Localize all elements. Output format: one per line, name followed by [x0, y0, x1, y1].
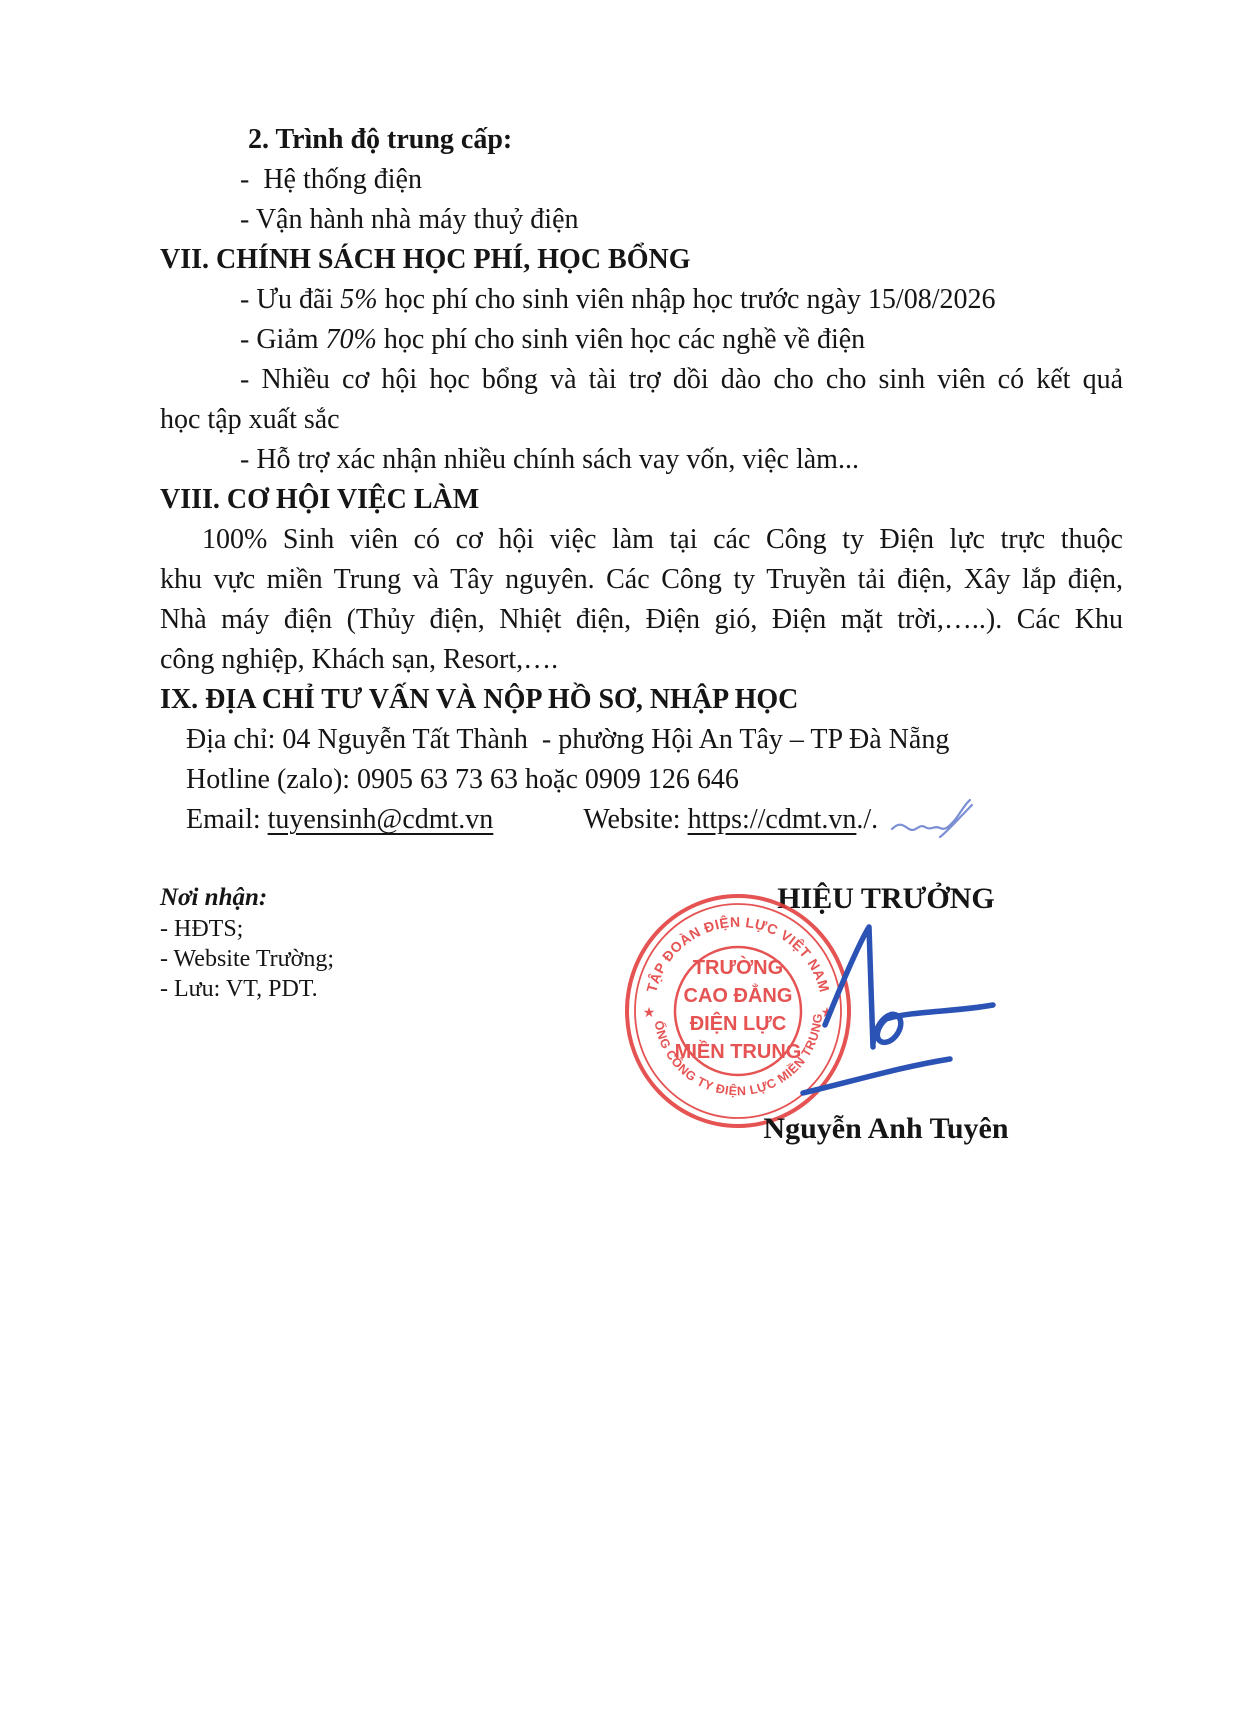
- line-email-website: Email: tuyensinh@cdmt.vnWebsite: https:/…: [160, 800, 1123, 840]
- bullet-van-hanh-thuy-dien: - Vận hành nhà máy thuỷ điện: [160, 200, 1123, 240]
- email-link[interactable]: tuyensinh@cdmt.vn: [268, 804, 494, 835]
- stamp-star-left-icon: ★: [643, 1004, 656, 1020]
- signature-stroke-bottom: [803, 1059, 950, 1093]
- signature-ink: [770, 915, 1020, 1100]
- signatory-name: Nguyễn Anh Tuyên: [660, 1112, 1112, 1146]
- heading-viii-co-hoi-viec-lam: VIII. CƠ HỘI VIỆC LÀM: [160, 480, 1123, 520]
- line-address: Địa chỉ: 04 Nguyễn Tất Thành - phường Hộ…: [160, 720, 1123, 760]
- uu-dai-percent: 5%: [340, 284, 377, 315]
- signature-stroke-loop: [873, 1005, 993, 1043]
- giam-post: học phí cho sinh viên học các nghề về đi…: [377, 324, 865, 355]
- website-suffix: ./.: [856, 804, 878, 835]
- recipient-item-luu: - Lưu: VT, PDT.: [160, 974, 334, 1004]
- bullet-uu-dai-hoc-phi: - Ưu đãi 5% học phí cho sinh viên nhập h…: [160, 280, 1123, 320]
- signature-stroke-a: [825, 927, 873, 1047]
- document-body: 2. Trình độ trung cấp: - Hệ thống điện -…: [160, 120, 1123, 840]
- document-page: 2. Trình độ trung cấp: - Hệ thống điện -…: [0, 0, 1241, 1725]
- line-hoc-tap-xuat-sac: học tập xuất sắc: [160, 400, 1123, 440]
- website-scribble-ink: [888, 795, 978, 845]
- heading-trinh-do-trung-cap: 2. Trình độ trung cấp:: [160, 120, 1123, 160]
- heading-vii-chinh-sach: VII. CHÍNH SÁCH HỌC PHÍ, HỌC BỔNG: [160, 240, 1123, 280]
- uu-dai-pre: - Ưu đãi: [240, 284, 340, 315]
- para-viec-lam-line4: công nghiệp, Khách sạn, Resort,….: [160, 640, 1123, 680]
- recipients-block: Nơi nhận: - HĐTS; - Website Trường; - Lư…: [160, 882, 334, 1004]
- website-link[interactable]: https://cdmt.vn: [688, 804, 857, 835]
- heading-ix-dia-chi: IX. ĐỊA CHỈ TƯ VẤN VÀ NỘP HỒ SƠ, NHẬP HỌ…: [160, 680, 1123, 720]
- para-viec-lam-line2: khu vực miền Trung và Tây nguyên. Các Cô…: [160, 560, 1123, 600]
- line-hotline: Hotline (zalo): 0905 63 73 63 hoặc 0909 …: [160, 760, 1123, 800]
- recipient-item-website: - Website Trường;: [160, 944, 334, 974]
- website-label: Website:: [583, 804, 687, 835]
- line-nhieu-co-hoi: - Nhiều cơ hội học bổng và tài trợ dồi d…: [160, 360, 1123, 400]
- bullet-he-thong-dien: - Hệ thống điện: [160, 160, 1123, 200]
- bullet-ho-tro-xac-nhan: - Hỗ trợ xác nhận nhiều chính sách vay v…: [160, 440, 1123, 480]
- scribble-stroke: [892, 800, 972, 837]
- giam-pre: - Giảm: [240, 324, 326, 355]
- email-label: Email:: [186, 804, 268, 835]
- recipient-item-hdts: - HĐTS;: [160, 914, 334, 944]
- recipients-title: Nơi nhận:: [160, 882, 334, 914]
- para-viec-lam-line1: 100% Sinh viên có cơ hội việc làm tại cá…: [160, 520, 1123, 560]
- para-viec-lam-line3: Nhà máy điện (Thủy điện, Nhiệt điện, Điệ…: [160, 600, 1123, 640]
- giam-percent: 70%: [326, 324, 377, 355]
- bullet-giam-hoc-phi: - Giảm 70% học phí cho sinh viên học các…: [160, 320, 1123, 360]
- uu-dai-post: học phí cho sinh viên nhập học trước ngà…: [378, 284, 996, 315]
